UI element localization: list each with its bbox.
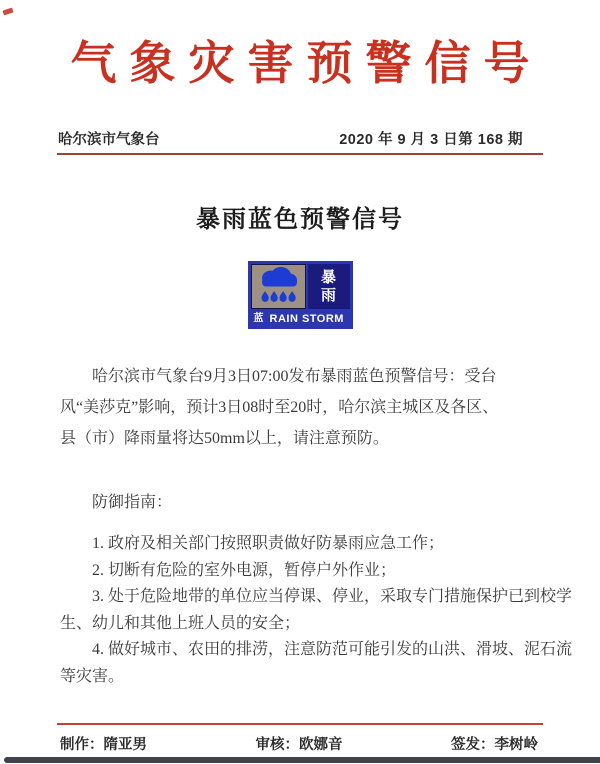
- warning-char-top: 暴: [321, 269, 336, 287]
- document-header-row: 哈尔滨市气象台 2020 年 9 月 3 日第 168 期: [58, 128, 543, 149]
- warning-icon-bottom-bar: 蓝 RAIN STORM: [251, 311, 350, 326]
- guide-item-line: 1. 政府及相关部门按照职责做好防暴雨应急工作；: [60, 531, 545, 558]
- reviewer-name: 审核：欧娜音: [256, 733, 343, 754]
- document-footer-row: 制作：隋亚男 审核：欧娜音 签发：李树岭: [60, 733, 538, 754]
- guide-item-line: 等灾害。: [60, 664, 545, 691]
- defense-guide-title: 防御指南：: [60, 489, 545, 516]
- guide-item-line: 4. 做好城市、农田的排涝，注意防范可能引发的山洪、滑坡、泥石流: [60, 637, 545, 664]
- paragraph-line: 风“美莎克”影响，预计3日08时至20时，哈尔滨主城区及各区、: [60, 392, 545, 423]
- guide-item-line: 3. 处于危险地带的单位应当停课、停业，采取专门措施保护已到校学: [60, 584, 545, 611]
- guide-item-line: 2. 切断有危险的室外电源，暂停户外作业；: [60, 558, 545, 585]
- issue-date-number: 2020 年 9 月 3 日第 168 期: [339, 128, 543, 149]
- defense-guide-title-text: 防御指南：: [60, 489, 545, 516]
- defense-guide-list: 1. 政府及相关部门按照职责做好防暴雨应急工作； 2. 切断有危险的室外电源，暂…: [60, 531, 545, 690]
- guide-item-line: 生、幼儿和其他上班人员的安全；: [60, 611, 545, 638]
- warning-body-paragraph: 哈尔滨市气象台9月3日07:00发布暴雨蓝色预警信号：受台 风“美莎克”影响，预…: [60, 361, 545, 454]
- warning-document-page: 气象灾害预警信号 哈尔滨市气象台 2020 年 9 月 3 日第 168 期 暴…: [0, 0, 600, 764]
- rainstorm-blue-warning-icon: 暴 雨 蓝 RAIN STORM: [248, 261, 353, 329]
- page-bottom-edge: [4, 757, 600, 763]
- warning-level-char: 蓝: [254, 313, 264, 324]
- warning-char-bottom: 雨: [321, 287, 336, 305]
- document-main-title: 气象灾害预警信号: [28, 36, 572, 92]
- warning-icon-english-label: RAIN STORM: [270, 313, 344, 325]
- footer-divider-line: [57, 723, 543, 725]
- warning-icon-top-row: 暴 雨: [251, 264, 350, 309]
- issuer-name: 哈尔滨市气象台: [58, 128, 160, 149]
- warning-icon-container: 暴 雨 蓝 RAIN STORM: [0, 261, 600, 329]
- red-corner-mark: [2, 8, 13, 16]
- rain-cloud-glyph: [255, 266, 301, 308]
- signer-name: 签发：李树岭: [451, 733, 538, 754]
- paragraph-line: 县（市）降雨量将达50mm以上，请注意预防。: [60, 423, 545, 454]
- producer-name: 制作：隋亚男: [60, 733, 147, 754]
- header-divider-line: [57, 153, 543, 155]
- paragraph-line: 哈尔滨市气象台9月3日07:00发布暴雨蓝色预警信号：受台: [60, 361, 545, 392]
- warning-heading: 暴雨蓝色预警信号: [0, 199, 600, 234]
- warning-icon-cn-label: 暴 雨: [308, 264, 350, 309]
- rain-cloud-icon: [251, 264, 306, 309]
